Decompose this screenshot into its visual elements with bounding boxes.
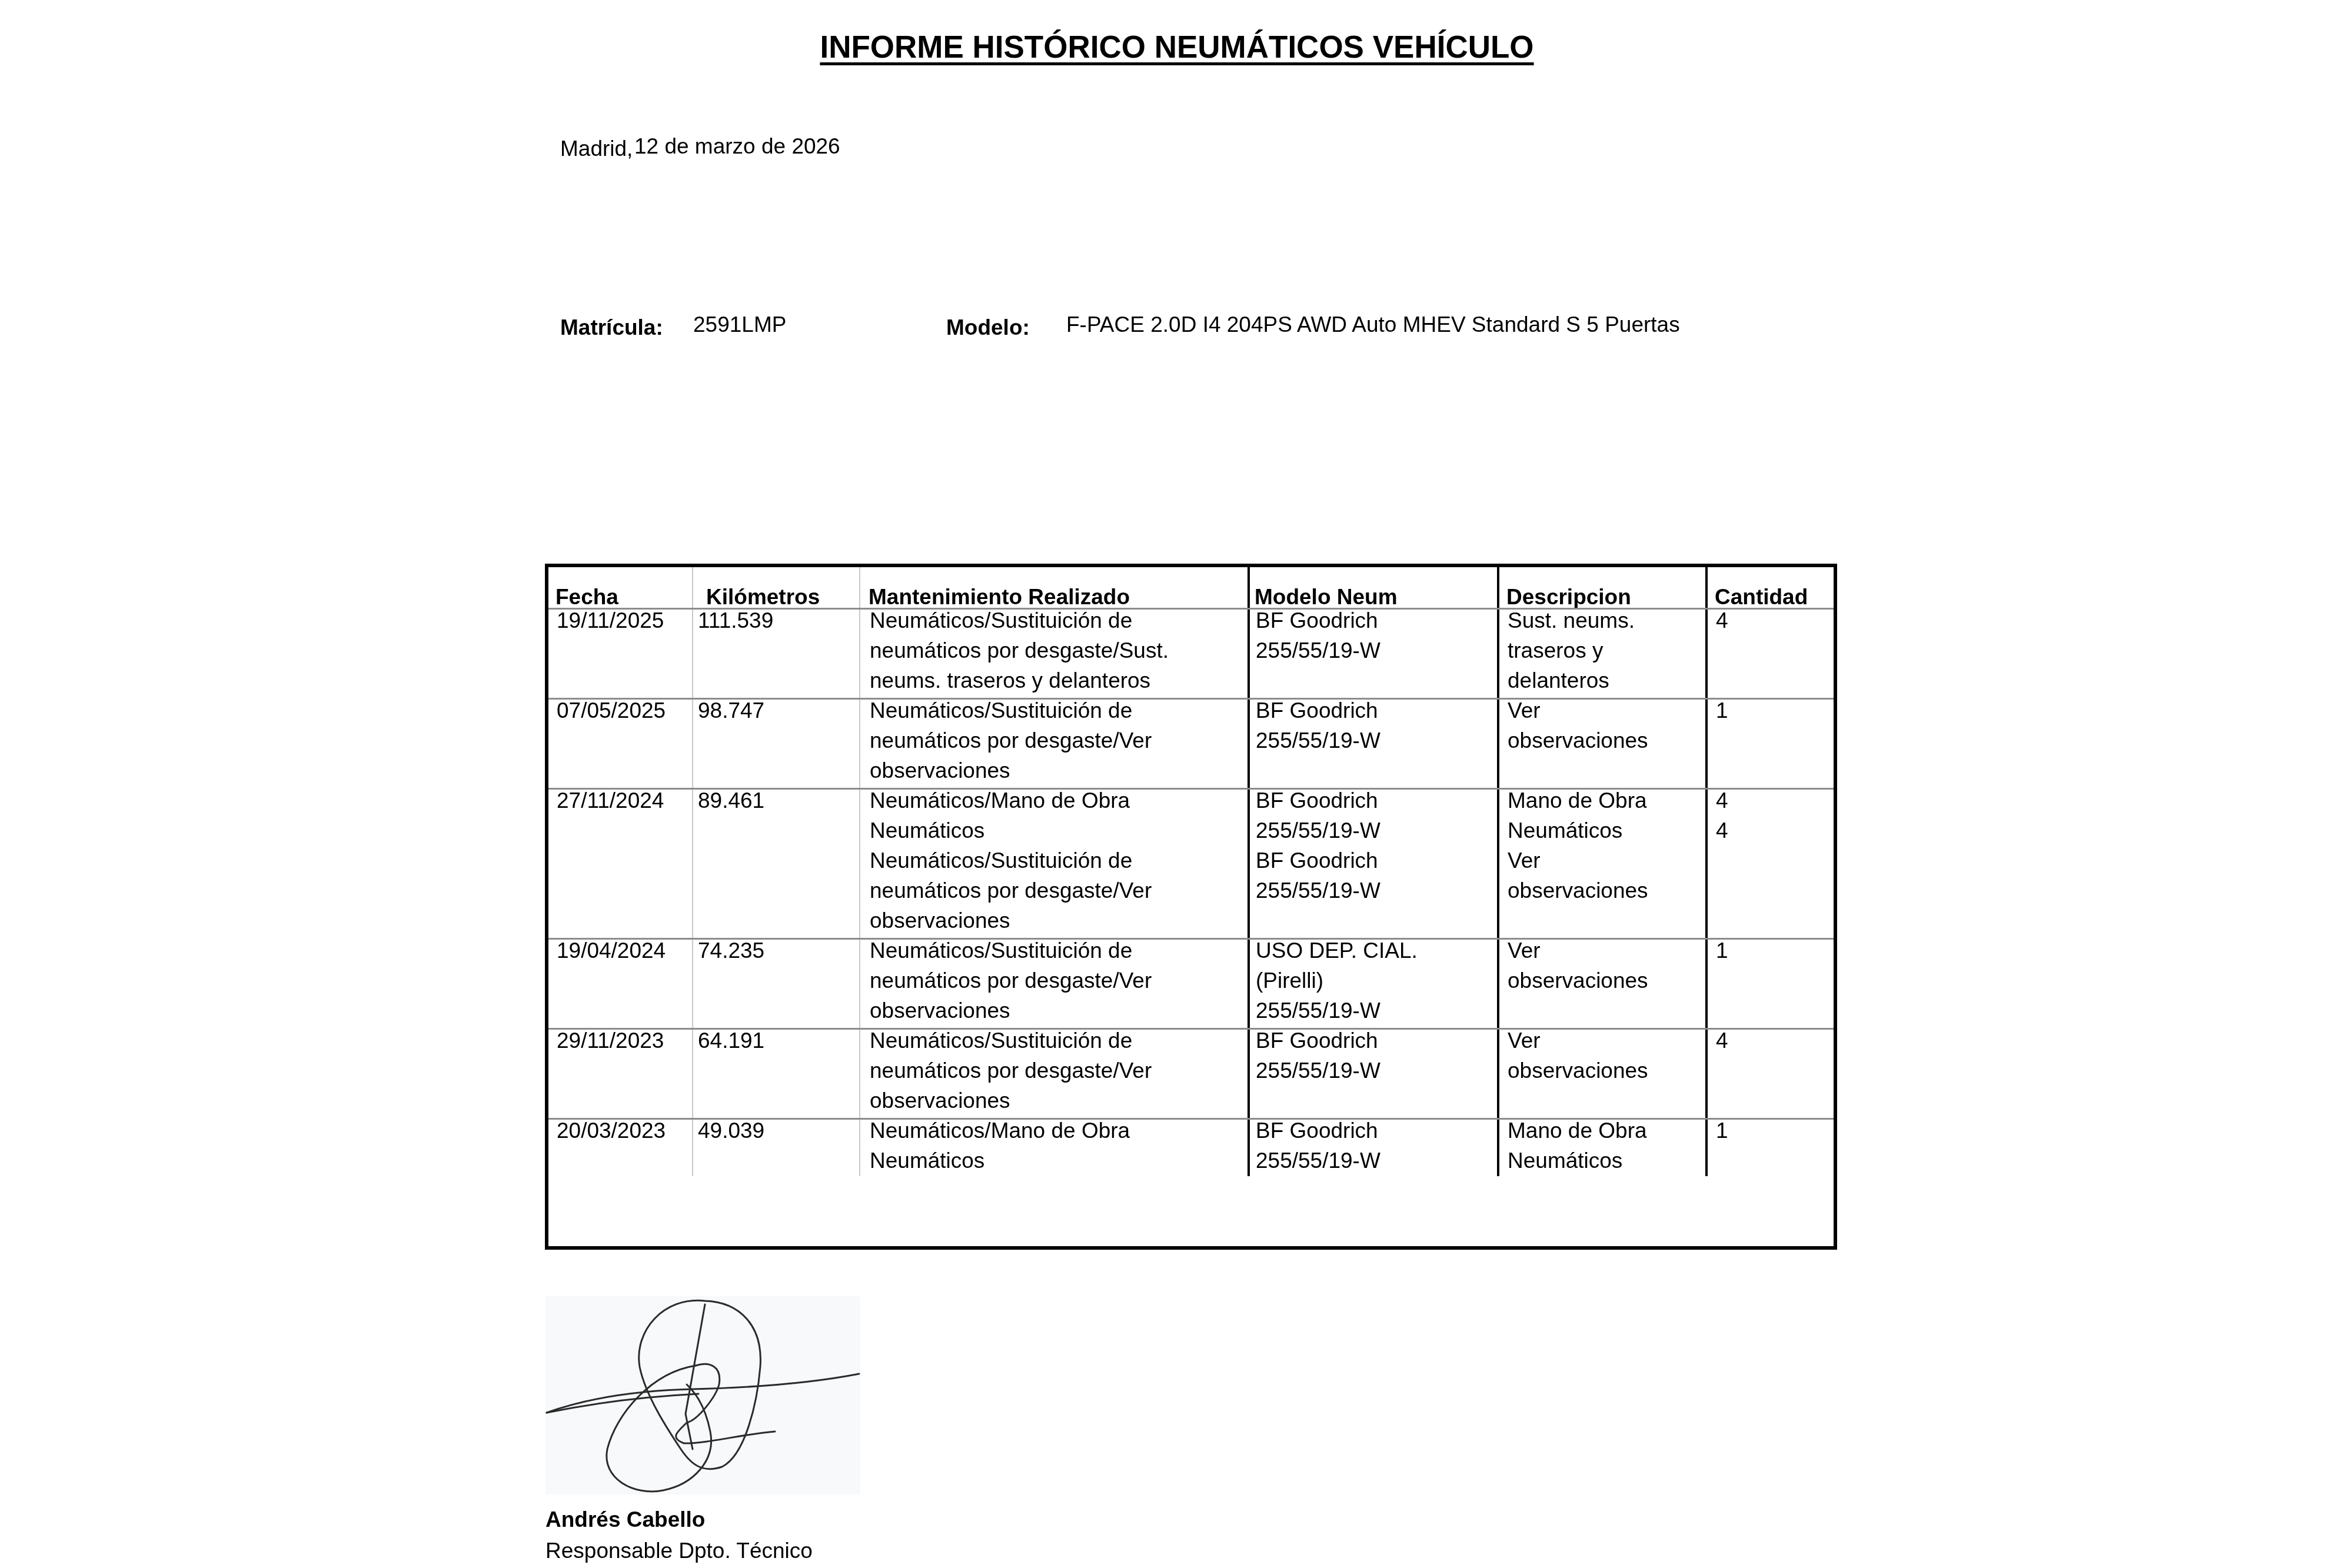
cell-descripcion: Ver observaciones	[1508, 936, 1648, 996]
cell-kilometros: 49.039	[698, 1116, 764, 1146]
signature-icon	[545, 1296, 860, 1494]
cell-fecha: 19/11/2025	[557, 605, 664, 635]
report-title: INFORME HISTÓRICO NEUMÁTICOS VEHÍCULO	[0, 29, 2352, 65]
column-divider	[1705, 567, 1708, 1176]
cell-modelo-neum: USO DEP. CIAL. (Pirelli) 255/55/19-W	[1256, 936, 1418, 1026]
cell-cantidad: 1	[1716, 1116, 1728, 1146]
cell-kilometros: 89.461	[698, 785, 764, 815]
cell-cantidad: 4	[1716, 605, 1728, 635]
cell-mantenimiento: Neumáticos/Sustituición de neumáticos po…	[870, 1026, 1152, 1116]
cell-mantenimiento: Neumáticos/Sustituición de neumáticos po…	[870, 936, 1152, 1026]
cell-descripcion: Ver observaciones	[1508, 695, 1648, 755]
signer-name: Andrés Cabello	[545, 1507, 705, 1532]
cell-fecha: 27/11/2024	[557, 785, 664, 815]
place-label: Madrid,	[560, 137, 633, 161]
cell-kilometros: 74.235	[698, 936, 764, 966]
cell-mantenimiento: Neumáticos/Mano de Obra Neumáticos	[870, 1116, 1130, 1176]
cell-mantenimiento: Neumáticos/Mano de Obra Neumáticos Neumá…	[870, 785, 1152, 936]
cell-cantidad: 1	[1716, 695, 1728, 725]
plate-label: Matrícula:	[560, 315, 663, 340]
column-divider	[692, 567, 693, 1176]
cell-descripcion: Mano de Obra Neumáticos	[1508, 1116, 1647, 1176]
cell-cantidad: 4 4	[1716, 785, 1728, 845]
cell-fecha: 19/04/2024	[557, 936, 666, 966]
model-label: Modelo:	[946, 315, 1030, 340]
column-divider	[859, 567, 860, 1176]
cell-descripcion: Mano de Obra Neumáticos Ver observacione…	[1508, 785, 1648, 905]
plate-value: 2591LMP	[693, 312, 786, 337]
cell-descripcion: Ver observaciones	[1508, 1026, 1648, 1086]
cell-modelo-neum: BF Goodrich 255/55/19-W	[1256, 695, 1380, 755]
cell-modelo-neum: BF Goodrich 255/55/19-W	[1256, 1116, 1380, 1176]
cell-kilometros: 111.539	[698, 605, 773, 635]
tire-history-table: FechaKilómetrosMantenimiento RealizadoMo…	[545, 564, 1837, 1250]
cell-fecha: 20/03/2023	[557, 1116, 666, 1146]
cell-cantidad: 1	[1716, 936, 1728, 966]
cell-cantidad: 4	[1716, 1026, 1728, 1056]
cell-kilometros: 98.747	[698, 695, 764, 725]
cell-mantenimiento: Neumáticos/Sustituición de neumáticos po…	[870, 605, 1169, 695]
cell-mantenimiento: Neumáticos/Sustituición de neumáticos po…	[870, 695, 1152, 785]
model-value: F-PACE 2.0D I4 204PS AWD Auto MHEV Stand…	[1066, 312, 1680, 337]
cell-descripcion: Sust. neums. traseros y delanteros	[1508, 605, 1635, 695]
cell-fecha: 29/11/2023	[557, 1026, 664, 1056]
report-date: 12 de marzo de 2026	[634, 134, 840, 159]
cell-fecha: 07/05/2025	[557, 695, 666, 725]
header-cantidad: Cantidad	[1715, 585, 1808, 610]
column-divider	[1497, 567, 1499, 1176]
signer-role: Responsable Dpto. Técnico	[545, 1539, 813, 1563]
cell-modelo-neum: BF Goodrich 255/55/19-W BF Goodrich 255/…	[1256, 785, 1380, 905]
cell-modelo-neum: BF Goodrich 255/55/19-W	[1256, 1026, 1380, 1086]
cell-modelo-neum: BF Goodrich 255/55/19-W	[1256, 605, 1380, 665]
signature-image	[545, 1296, 860, 1494]
cell-kilometros: 64.191	[698, 1026, 764, 1056]
column-divider	[1247, 567, 1250, 1176]
